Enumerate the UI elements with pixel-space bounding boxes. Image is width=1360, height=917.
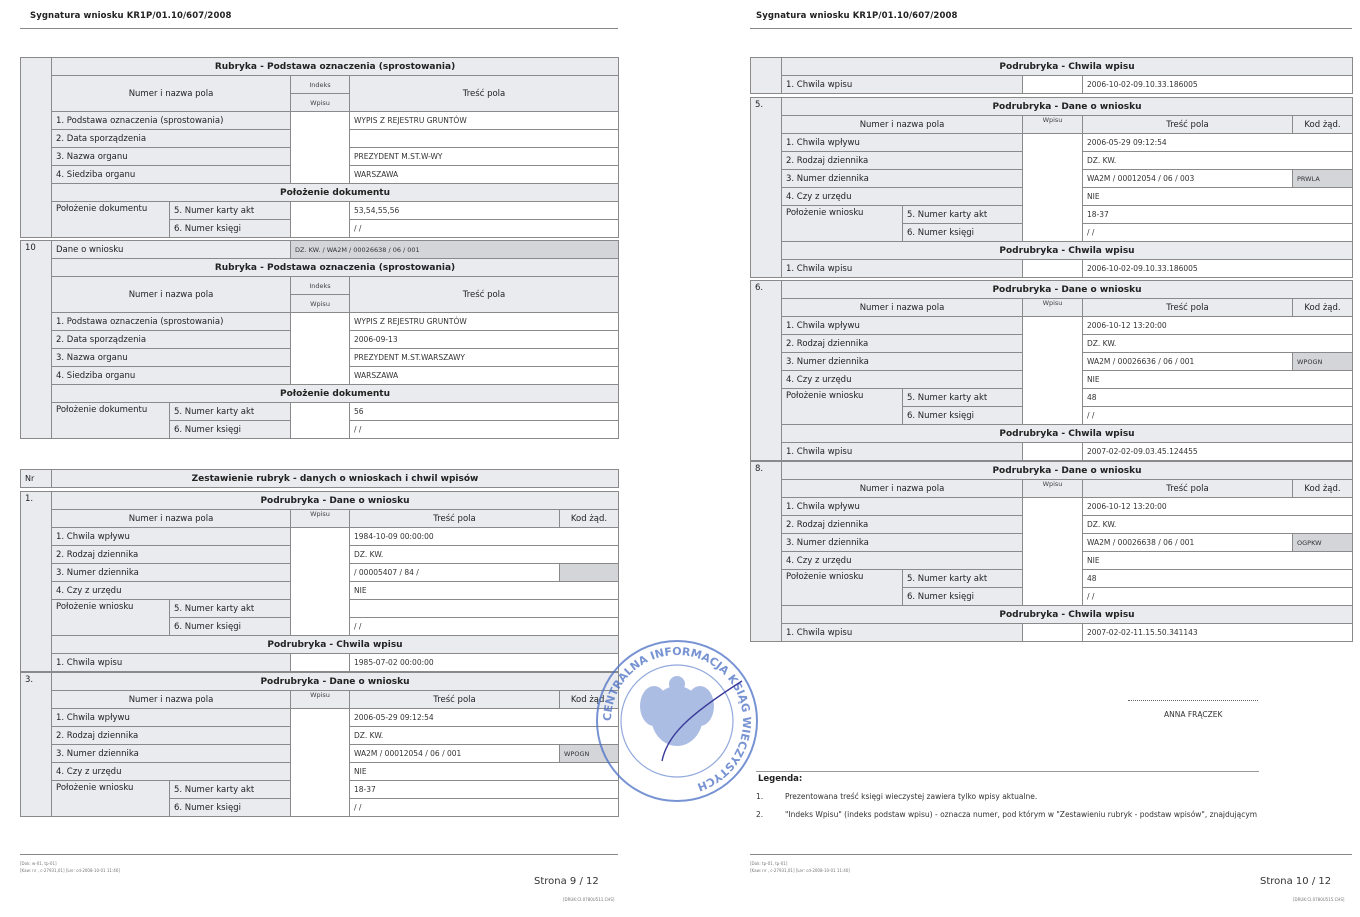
- legend-item-text: Prezentowana treść księgi wieczystej zaw…: [785, 792, 1037, 801]
- field-label: 3. Numer dziennika: [52, 745, 291, 763]
- column-header-content: Treść pola: [350, 277, 619, 313]
- field-value: / /: [1083, 407, 1353, 425]
- field-value: [350, 600, 619, 618]
- field-label: 1. Chwila wpisu: [52, 654, 291, 672]
- field-value: 2006-10-12 13:20:00: [1083, 317, 1353, 335]
- field-label: Położenie wniosku: [52, 781, 170, 817]
- field-label: 6. Numer księgi: [903, 588, 1023, 606]
- field-value: 18-37: [350, 781, 619, 799]
- field-value: WARSZAWA: [350, 166, 619, 184]
- field-value: NIE: [1083, 552, 1353, 570]
- index-cell: [291, 654, 350, 672]
- field-label: 2. Data sporządzenia: [52, 331, 291, 349]
- field-value: DZ. KW.: [1083, 516, 1353, 534]
- field-label: Położenie dokumentu: [52, 403, 170, 439]
- field-value: / 00005407 / 84 /: [350, 564, 560, 582]
- field-label: 2. Data sporządzenia: [52, 130, 291, 148]
- index-cell: [291, 403, 350, 439]
- field-value: / /: [350, 618, 619, 636]
- index-cell: [291, 112, 350, 184]
- column-header-content: Treść pola: [350, 691, 560, 709]
- signer-name: ANNA FRĄCZEK: [1164, 710, 1222, 719]
- field-label: 6. Numer księgi: [170, 799, 291, 817]
- header-rule: [20, 28, 618, 29]
- field-label: Położenie wniosku: [52, 600, 170, 636]
- field-label: 2. Rodzaj dziennika: [782, 516, 1023, 534]
- column-header-kod: Kod żąd.: [1293, 299, 1353, 317]
- field-value: DZ. KW.: [1083, 335, 1353, 353]
- page-10: Sygnatura wniosku KR1P/01.10/607/2008 Po…: [740, 0, 1360, 917]
- index-cell: [291, 313, 350, 385]
- field-label: 1. Chwila wpływu: [52, 528, 291, 546]
- field-value: NIE: [1083, 188, 1353, 206]
- index-cell: [291, 709, 350, 817]
- print-code: [DRUK:CI.0780U515.CHS]: [1293, 897, 1344, 902]
- field-value: 2006-09-13: [350, 331, 619, 349]
- row-number: 3.: [21, 673, 52, 817]
- field-label: 1. Chwila wpisu: [782, 443, 1023, 461]
- field-value: [350, 130, 619, 148]
- field-value: DZ. KW.: [1083, 152, 1353, 170]
- column-header-content: Treść pola: [1083, 480, 1293, 498]
- field-value: WA2M / 00012054 / 06 / 001: [350, 745, 560, 763]
- field-value: 48: [1083, 570, 1353, 588]
- column-header-content: Treść pola: [350, 510, 560, 528]
- column-header-kod: Kod żąd.: [560, 510, 619, 528]
- page-number: Strona 9 / 12: [534, 876, 599, 887]
- field-value: 2006-10-02-09.10.33.186005: [1083, 260, 1353, 278]
- index-cell: [291, 202, 350, 238]
- section-title: Podrubryka - Chwila wpisu: [782, 425, 1353, 443]
- section-title: Rubryka - Podstawa oznaczenia (sprostowa…: [52, 58, 619, 76]
- kod-value: [560, 564, 619, 582]
- rubryka-podstawa-table-10: 10 Dane o wniosku DZ. KW. / WA2M / 00026…: [20, 240, 619, 439]
- field-value: 53,54,55,56: [350, 202, 619, 220]
- column-header-wpisu: Wpisu: [1023, 116, 1083, 134]
- index-cell: [291, 528, 350, 636]
- field-value: 2006-10-02-09.10.33.186005: [1083, 76, 1353, 94]
- field-label: 5. Numer karty akt: [170, 600, 291, 618]
- subsection-title: Położenie dokumentu: [52, 184, 619, 202]
- field-value: DZ. KW.: [350, 546, 619, 564]
- page-9: Sygnatura wniosku KR1P/01.10/607/2008 Ru…: [0, 0, 680, 917]
- column-header-content: Treść pola: [350, 76, 619, 112]
- column-header-content: Treść pola: [1083, 299, 1293, 317]
- column-header-content: Treść pola: [1083, 116, 1293, 134]
- field-label: 5. Numer karty akt: [903, 389, 1023, 407]
- legend-item-text: "Indeks Wpisu" (indeks podstaw wpisu) - …: [785, 810, 1257, 819]
- row-number: [751, 58, 782, 94]
- field-value: WYPIS Z REJESTRU GRUNTÓW: [350, 313, 619, 331]
- signature-header: Sygnatura wniosku KR1P/01.10/607/2008: [756, 11, 958, 21]
- field-value: WARSZAWA: [350, 367, 619, 385]
- field-value: WA2M / 00026636 / 06 / 001: [1083, 353, 1293, 371]
- field-label: 6. Numer księgi: [170, 220, 291, 238]
- field-label: 2. Rodzaj dziennika: [782, 152, 1023, 170]
- field-value: 1984-10-09 00:00:00: [350, 528, 619, 546]
- field-label: 2. Rodzaj dziennika: [52, 546, 291, 564]
- field-label: 3. Numer dziennika: [782, 534, 1023, 552]
- index-cell: [1023, 443, 1083, 461]
- wniosek-table: 5.Podrubryka - Dane o wnioskuNumer i naz…: [750, 97, 1353, 278]
- wniosek-table: 6.Podrubryka - Dane o wnioskuNumer i naz…: [750, 280, 1353, 461]
- index-cell: [1023, 317, 1083, 425]
- column-header-wpisu: Wpisu: [291, 691, 350, 709]
- footer-rule: [20, 854, 618, 855]
- footer-line: [Kaw: nr , c-27931,01] [Ler: cd-2008-10-…: [20, 867, 120, 874]
- section-title: Podrubryka - Dane o wniosku: [782, 462, 1353, 480]
- field-label: 6. Numer księgi: [903, 407, 1023, 425]
- column-header-name: Numer i nazwa pola: [782, 480, 1023, 498]
- field-value: 2006-05-29 09:12:54: [350, 709, 619, 727]
- section-title: Podrubryka - Dane o wniosku: [52, 673, 619, 691]
- field-label: 1. Chwila wpisu: [782, 624, 1023, 642]
- section-title: Podrubryka - Chwila wpisu: [782, 242, 1353, 260]
- field-value: / /: [350, 799, 619, 817]
- index-cell: [1023, 76, 1083, 94]
- field-value: 2006-05-29 09:12:54: [1083, 134, 1353, 152]
- legend-item: 1.Prezentowana treść księgi wieczystej z…: [756, 792, 1346, 801]
- column-header-wpisu: Wpisu: [1023, 299, 1083, 317]
- field-label: 1. Chwila wpływu: [52, 709, 291, 727]
- field-label: Dane o wniosku: [52, 241, 291, 259]
- field-label: 5. Numer karty akt: [903, 570, 1023, 588]
- subsection-title: Położenie dokumentu: [52, 385, 619, 403]
- field-value: 48: [1083, 389, 1353, 407]
- section-title: Podrubryka - Chwila wpisu: [52, 636, 619, 654]
- page-number: Strona 10 / 12: [1260, 876, 1331, 887]
- section-title: Podrubryka - Dane o wniosku: [782, 98, 1353, 116]
- field-label: Położenie wniosku: [782, 206, 903, 242]
- field-label: 3. Numer dziennika: [782, 170, 1023, 188]
- print-code: [DRUK:CI.0780U511.CHS]: [563, 897, 614, 902]
- index-cell: [1023, 134, 1083, 242]
- footer-meta: [Dok: w-01, tp-01] [Kaw: nr , c-27931,01…: [20, 860, 120, 874]
- field-value: 56: [350, 403, 619, 421]
- section-title: Podrubryka - Chwila wpisu: [782, 58, 1353, 76]
- section-title: Podrubryka - Chwila wpisu: [782, 606, 1353, 624]
- field-label: 4. Siedziba organu: [52, 367, 291, 385]
- field-label: 6. Numer księgi: [170, 618, 291, 636]
- field-value: 2006-10-12 13:20:00: [1083, 498, 1353, 516]
- field-value: PREZYDENT M.ST.WARSZAWY: [350, 349, 619, 367]
- legend-title: Legenda:: [758, 774, 802, 784]
- field-label: 6. Numer księgi: [170, 421, 291, 439]
- wniosek-table-3-continued: Podrubryka - Chwila wpisu 1. Chwila wpis…: [750, 57, 1353, 94]
- kod-value: OGPKW: [1293, 534, 1353, 552]
- field-label: 1. Chwila wpływu: [782, 317, 1023, 335]
- field-label: 1. Podstawa oznaczenia (sprostowania): [52, 112, 291, 130]
- field-value: PREZYDENT M.ST.W-WY: [350, 148, 619, 166]
- row-number: [21, 58, 52, 238]
- field-label: Położenie wniosku: [782, 570, 903, 606]
- field-label: 3. Nazwa organu: [52, 148, 291, 166]
- field-label: 4. Czy z urzędu: [782, 371, 1023, 389]
- dane-o-wniosku-value: DZ. KW. / WA2M / 00026638 / 06 / 001: [291, 241, 619, 259]
- field-value: 1985-07-02 00:00:00: [350, 654, 619, 672]
- field-label: 1. Podstawa oznaczenia (sprostowania): [52, 313, 291, 331]
- field-value: DZ. KW.: [350, 727, 619, 745]
- legend-rule: [756, 771, 1259, 772]
- row-number: 5.: [751, 98, 782, 278]
- row-number: 1.: [21, 492, 52, 672]
- field-label: 4. Czy z urzędu: [52, 582, 291, 600]
- footer-meta: [Dok: tp-01, tp-01] [Kaw: nr , c-27931,0…: [750, 860, 850, 874]
- field-value: WYPIS Z REJESTRU GRUNTÓW: [350, 112, 619, 130]
- field-value: 2007-02-02-09.03.45.124455: [1083, 443, 1353, 461]
- field-label: 2. Rodzaj dziennika: [782, 335, 1023, 353]
- column-header-name: Numer i nazwa pola: [52, 691, 291, 709]
- column-header-name: Numer i nazwa pola: [52, 277, 291, 313]
- signature-header: Sygnatura wniosku KR1P/01.10/607/2008: [30, 11, 232, 21]
- field-label: 5. Numer karty akt: [170, 403, 291, 421]
- rubryka-podstawa-table-1: Rubryka - Podstawa oznaczenia (sprostowa…: [20, 57, 619, 238]
- column-header-name: Numer i nazwa pola: [782, 299, 1023, 317]
- column-header-kod: Kod żąd.: [1293, 116, 1353, 134]
- wniosek-table: 8.Podrubryka - Dane o wnioskuNumer i naz…: [750, 461, 1353, 642]
- field-label: 4. Czy z urzędu: [52, 763, 291, 781]
- header-rule: [750, 28, 1352, 29]
- field-value: NIE: [1083, 371, 1353, 389]
- legend-item-number: 2.: [756, 810, 785, 819]
- row-number: 8.: [751, 462, 782, 642]
- field-value: / /: [1083, 224, 1353, 242]
- field-value: 18-37: [1083, 206, 1353, 224]
- field-label: 2. Rodzaj dziennika: [52, 727, 291, 745]
- column-header-indeks: Indeks: [291, 76, 350, 94]
- footer-line: [Dok: w-01, tp-01]: [20, 860, 120, 867]
- field-label: 4. Siedziba organu: [52, 166, 291, 184]
- footer-line: [Kaw: nr , c-27931,01] [Ler: cd-2008-10-…: [750, 867, 850, 874]
- column-header-wpisu: Wpisu: [291, 295, 350, 313]
- field-value: 2007-02-02-11.15.50.341143: [1083, 624, 1353, 642]
- field-label: 4. Czy z urzędu: [782, 552, 1023, 570]
- field-label: Położenie wniosku: [782, 389, 903, 425]
- section-title: Podrubryka - Dane o wniosku: [52, 492, 619, 510]
- field-label: 5. Numer karty akt: [903, 206, 1023, 224]
- field-value: / /: [350, 421, 619, 439]
- index-cell: [1023, 498, 1083, 606]
- kod-value: WPOGN: [1293, 353, 1353, 371]
- signature-line: [1128, 700, 1258, 701]
- field-value: WA2M / 00026638 / 06 / 001: [1083, 534, 1293, 552]
- field-label: 3. Numer dziennika: [52, 564, 291, 582]
- field-value: WA2M / 00012054 / 06 / 003: [1083, 170, 1293, 188]
- index-cell: [1023, 624, 1083, 642]
- column-header-name: Numer i nazwa pola: [52, 510, 291, 528]
- field-label: Położenie dokumentu: [52, 202, 170, 238]
- zestawienie-title: Zestawienie rubryk - danych o wnioskach …: [52, 470, 619, 488]
- column-header-kod: Kod żąd.: [1293, 480, 1353, 498]
- zestawienie-header: Nr Zestawienie rubryk - danych o wnioska…: [20, 469, 619, 488]
- column-header-wpisu: Wpisu: [291, 94, 350, 112]
- footer-rule: [750, 854, 1352, 855]
- field-label: 5. Numer karty akt: [170, 781, 291, 799]
- field-label: 1. Chwila wpływu: [782, 498, 1023, 516]
- field-label: 3. Numer dziennika: [782, 353, 1023, 371]
- wniosek-table-1: 1. Podrubryka - Dane o wniosku Numer i n…: [20, 491, 619, 672]
- column-header-indeks: Indeks: [291, 277, 350, 295]
- row-number: 10: [21, 241, 52, 439]
- row-number: 6.: [751, 281, 782, 461]
- field-label: 1. Chwila wpływu: [782, 134, 1023, 152]
- field-value: NIE: [350, 582, 619, 600]
- field-label: 1. Chwila wpisu: [782, 260, 1023, 278]
- kod-value: PRWLA: [1293, 170, 1353, 188]
- field-value: / /: [350, 220, 619, 238]
- field-value: NIE: [350, 763, 619, 781]
- index-cell: [1023, 260, 1083, 278]
- legend-item: 2."Indeks Wpisu" (indeks podstaw wpisu) …: [756, 810, 1346, 819]
- field-value: / /: [1083, 588, 1353, 606]
- column-header-wpisu: Wpisu: [1023, 480, 1083, 498]
- section-title: Podrubryka - Dane o wniosku: [782, 281, 1353, 299]
- column-header-wpisu: Wpisu: [291, 510, 350, 528]
- field-label: 5. Numer karty akt: [170, 202, 291, 220]
- field-label: 1. Chwila wpisu: [782, 76, 1023, 94]
- field-label: 4. Czy z urzędu: [782, 188, 1023, 206]
- field-label: 6. Numer księgi: [903, 224, 1023, 242]
- official-stamp-icon: CENTRALNA INFORMACJA KSIĄG WIECZYSTYCH: [592, 636, 762, 806]
- column-header-name: Numer i nazwa pola: [52, 76, 291, 112]
- section-title: Rubryka - Podstawa oznaczenia (sprostowa…: [52, 259, 619, 277]
- column-header-name: Numer i nazwa pola: [782, 116, 1023, 134]
- footer-line: [Dok: tp-01, tp-01]: [750, 860, 850, 867]
- wniosek-table-3: 3. Podrubryka - Dane o wniosku Numer i n…: [20, 672, 619, 817]
- nr-header: Nr: [21, 470, 52, 488]
- field-label: 3. Nazwa organu: [52, 349, 291, 367]
